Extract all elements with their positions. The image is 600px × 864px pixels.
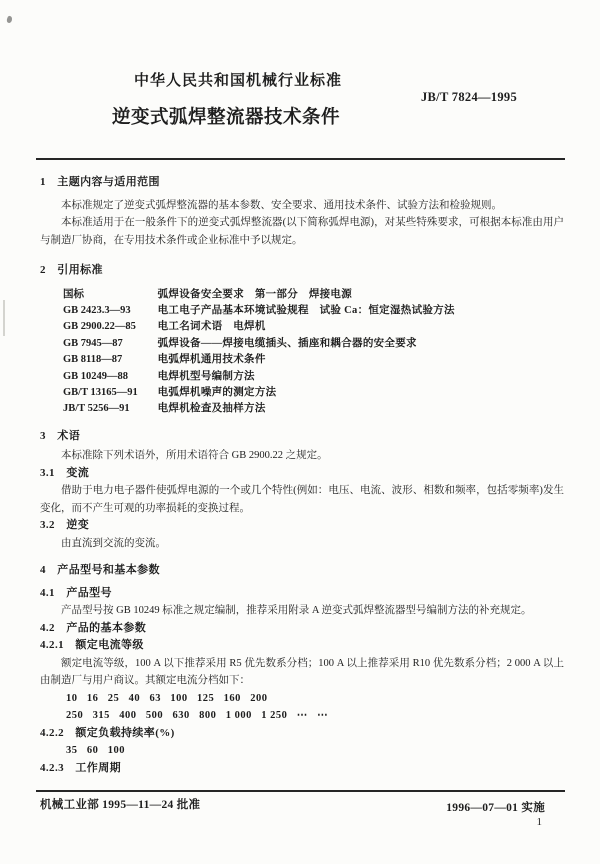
- standard-category: 中华人民共和国机械行业标准: [134, 69, 342, 90]
- reference-code: GB/T 13165—91: [63, 385, 155, 401]
- section-1-paragraph-2: 本标准适用于在一般条件下的逆变式弧焊整流器(以下简称弧焊电源)，对某些特殊要求，…: [40, 214, 564, 249]
- reference-title: 弧焊设备安全要求 第一部分 焊接电源: [158, 289, 352, 300]
- section-4-heading: 4 产品型号和基本参数: [40, 562, 564, 580]
- reference-title: 电弧焊机噪声的测定方法: [158, 387, 277, 398]
- section-3-2-heading: 3.2 逆变: [40, 517, 564, 535]
- reference-code: GB 7945—87: [63, 336, 155, 352]
- reference-title: 电焊机型号编制方法: [158, 371, 255, 382]
- section-4-2-heading: 4.2 产品的基本参数: [40, 620, 564, 638]
- page-number: 1: [537, 816, 543, 828]
- section-4-2-1-heading: 4.2.1 额定电流等级: [40, 637, 564, 655]
- section-4-1-heading: 4.1 产品型号: [40, 585, 564, 603]
- reference-row: JB/T 5256—91 电焊机检查及抽样方法: [40, 401, 564, 417]
- reference-row: GB 2423.3—93 电工电子产品基本环境试验规程 试验 Ca：恒定湿热试验…: [40, 303, 564, 319]
- rated-current-row-2: 250 315 400 500 630 800 1 000 1 250 ⋯ ⋯: [40, 707, 564, 725]
- section-3-2-text: 由直流到交流的变流。: [40, 535, 564, 553]
- reference-title: 电工电子产品基本环境试验规程 试验 Ca：恒定湿热试验方法: [158, 305, 455, 316]
- approval-note: 机械工业部 1995—11—24 批准: [40, 796, 200, 812]
- scan-speck: [6, 15, 13, 23]
- section-4-2-1-text: 额定电流等级，100 A 以下推荐采用 R5 优先数系分档；100 A 以上推荐…: [40, 655, 564, 690]
- reference-title: 弧焊设备——焊接电缆插头、插座和耦合器的安全要求: [158, 338, 417, 349]
- section-3-1-heading: 3.1 变流: [40, 465, 564, 483]
- duty-cycle-values: 35 60 100: [40, 742, 564, 760]
- reference-title: 电弧焊机通用技术条件: [158, 354, 266, 365]
- reference-code: GB 2900.22—85: [63, 319, 155, 335]
- reference-list: 国标 弧焊设备安全要求 第一部分 焊接电源 GB 2423.3—93 电工电子产…: [40, 287, 564, 418]
- reference-row: GB 2900.22—85 电工名词术语 电焊机: [40, 319, 564, 335]
- header-rule: [36, 158, 565, 160]
- document-title: 逆变式弧焊整流器技术条件: [112, 103, 340, 129]
- implementation-note: 1996—07—01 实施: [446, 799, 545, 815]
- section-3-heading: 3 术语: [40, 428, 564, 446]
- section-4-2-2-heading: 4.2.2 额定负载持续率(%): [40, 725, 564, 743]
- reference-title: 电焊机检查及抽样方法: [158, 403, 266, 414]
- document-page: 中华人民共和国机械行业标准 JB/T 7824—1995 逆变式弧焊整流器技术条…: [0, 0, 600, 864]
- section-4-2-3-heading: 4.2.3 工作周期: [40, 760, 564, 778]
- section-1-paragraph-1: 本标准规定了逆变式弧焊整流器的基本参数、安全要求、通用技术条件、试验方法和检验规…: [40, 197, 564, 215]
- section-4-1-text: 产品型号按 GB 10249 标准之规定编制，推荐采用附录 A 逆变式弧焊整流器…: [40, 602, 564, 620]
- section-3-intro: 本标准除下列术语外，所用术语符合 GB 2900.22 之规定。: [40, 447, 564, 465]
- reference-title: 电工名词术语 电焊机: [158, 321, 266, 332]
- footer-rule: [36, 790, 565, 792]
- reference-code: JB/T 5256—91: [63, 401, 155, 417]
- reference-row: GB 7945—87 弧焊设备——焊接电缆插头、插座和耦合器的安全要求: [40, 336, 564, 352]
- section-2-heading: 2 引用标准: [40, 262, 564, 280]
- reference-row: GB 10249—88 电焊机型号编制方法: [40, 369, 564, 385]
- reference-code: GB 2423.3—93: [63, 303, 155, 319]
- reference-row: GB 8118—87 电弧焊机通用技术条件: [40, 352, 564, 368]
- reference-code: GB 8118—87: [63, 352, 155, 368]
- section-1-heading: 1 主题内容与适用范围: [40, 174, 564, 192]
- reference-code: 国标: [63, 287, 155, 303]
- section-3-1-text: 借助于电力电子器件使弧焊电源的一个或几个特性(例如：电压、电流、波形、相数和频率…: [40, 482, 564, 517]
- document-body: 1 主题内容与适用范围 本标准规定了逆变式弧焊整流器的基本参数、安全要求、通用技…: [40, 174, 564, 777]
- rated-current-row-1: 10 16 25 40 63 100 125 160 200: [40, 690, 564, 708]
- reference-row: GB/T 13165—91 电弧焊机噪声的测定方法: [40, 385, 564, 401]
- scan-speck: [3, 300, 5, 336]
- reference-code: GB 10249—88: [63, 369, 155, 385]
- reference-row: 国标 弧焊设备安全要求 第一部分 焊接电源: [40, 287, 564, 303]
- standard-number: JB/T 7824—1995: [421, 90, 517, 105]
